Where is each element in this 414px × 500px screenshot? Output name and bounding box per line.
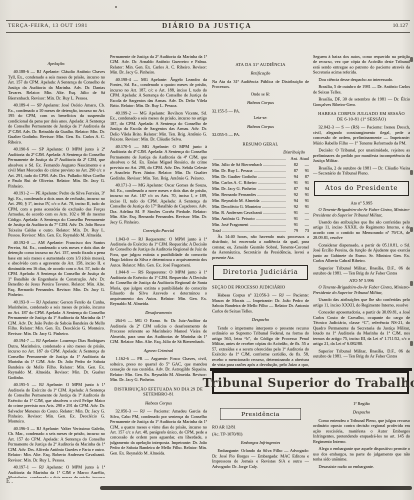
text-line: 1ª Região — [313, 401, 410, 406]
tst-left-content: PresidênciaRO AR 12/81(Ac. TP-1070/81)Em… — [212, 408, 309, 469]
paragraph: 40.192-0 — AM Apelante: Francisco dos Sa… — [8, 240, 105, 298]
scan-smudge-line — [100, 486, 412, 490]
paragraph: 1.043-0 — RJ Requerente: O MPM junto à 1… — [110, 236, 207, 267]
table-row: Total7973 — [212, 228, 309, 233]
section-heading: Agravo Criminal — [110, 348, 207, 353]
paragraph: O Tenente-Brigadeiro-do-Ar Faber Cintra,… — [313, 207, 410, 217]
paragraph: 32.042-3 — S — (RS) — Paciente: Ireneu D… — [313, 125, 410, 146]
scan-artifact — [410, 57, 413, 62]
paragraph: Usando das atribuições que lhe são confe… — [313, 220, 410, 241]
paragraph: 40.194-7 — RJ Apelante: Lourenço Dias Ro… — [8, 338, 105, 380]
tst-right-content: 1ª RegiãoDespachoComo entendeu o Tribuna… — [313, 401, 410, 469]
column-4-content: Seguem à baixa dos autos, como requerido… — [313, 54, 410, 359]
text-line: Onde se lê: — [212, 91, 309, 96]
header-rule-bottom — [6, 32, 410, 33]
paragraph: 1.162-6 — PR — Arguente: Fosco Chaves, c… — [110, 356, 207, 382]
table-row: Min. Antônio G. Peixoto91— — [212, 216, 309, 221]
paragraph: 40.189-4 — SP Apelante: José Osório Amar… — [8, 103, 105, 145]
paragraph: Tendo o impetrante interposto o presente… — [212, 325, 309, 368]
paragraph: O Tenente-Brigadeiro-do-Ar Faber Cintra,… — [313, 285, 410, 295]
section-heading: Correição Parcial — [110, 228, 207, 233]
section-heading: RESUMO GERAL — [214, 141, 307, 146]
paragraph: 1.044-8 — RS Requerente: O MPM junto à 1… — [110, 270, 207, 307]
column-2-content: Permanente de Justiça da 2ª Auditoria da… — [110, 54, 207, 456]
gazette-page: TERÇA-FEIRA, 13 OUT 1981 DIÁRIO DA JUSTI… — [0, 0, 414, 500]
tst-masthead-title: Tribunal Superior do Trabalho — [203, 376, 414, 390]
table-row: Ant.Atual — [212, 156, 309, 161]
table-row: Min. Dr. Gualter Godinho9487 — [212, 174, 309, 179]
table-row: Min. Bernardo Fernandes9291 — [212, 192, 309, 197]
paragraph: Brasília, 5 de outubro de 1981 — Dr. Ant… — [313, 84, 410, 94]
scan-artifact — [115, 6, 117, 8]
column-2: Permanente de Justiça da 2ª Auditoria da… — [110, 54, 207, 478]
paragraph: 40.170-5 — MG Apelante: O MPM junto à Au… — [110, 144, 207, 181]
paragraph: 32.056-3 — RJ — Paciente: Amadeu Garcia … — [110, 409, 207, 456]
header-rule-top — [6, 20, 410, 21]
paragraph: Conceder aposentadoria, a partir de 30.0… — [313, 310, 410, 347]
table-row: Min. Dr. Jacy G. Pinheiro8794 — [212, 186, 309, 191]
section-heading: Retificação — [212, 71, 309, 76]
paragraph: Como entendeu o Tribunal Pleno, que julg… — [313, 418, 410, 444]
text-line: 32.155-5 — PA. — [212, 108, 309, 113]
section-heading: Desaforamento — [110, 310, 207, 315]
section-heading: DISTRIBUIÇÃO EFETUADA NO DIA 29 DE SETEM… — [112, 386, 205, 396]
column-3-content: ATA DA 31ª AUDIÊNCIARetificaçãoNa Ata da… — [212, 62, 309, 368]
section-heading: Habeas Corpus — [212, 100, 309, 105]
paragraph: 40.190-6 — SP Apelante: O MPM junto à 2ª… — [8, 147, 105, 189]
column-1-content: Apelação:40.188-6 — RJ Apelante: Cláudio… — [8, 61, 105, 478]
text-line: (Ac. TP-1070/81) — [212, 431, 309, 436]
paragraph: Dou ciência desse despacho ao interessad… — [313, 77, 410, 82]
table-header: Distribuição — [216, 150, 305, 155]
section-title-box: Atos do Presidente — [314, 181, 409, 196]
column-3: ATA DA 31ª AUDIÊNCIARetificaçãoNa Ata da… — [212, 54, 309, 368]
paragraph: 40.193-9 — RJ Apelante: Gerson Ferrão da… — [8, 299, 105, 336]
table-row: Min. José Fragomeni91— — [212, 222, 309, 227]
paragraph: Considerar dispensado, a partir de 05.10… — [313, 242, 410, 263]
section-heading: Despacho — [212, 317, 309, 322]
table-row: Min. Carlos A. C. Ribeiro9191 — [212, 180, 309, 185]
paragraph: 40.198-4 — MG Apelante: Ângelo Leandro d… — [110, 77, 207, 108]
paragraph: 40.197-1 — RJ Apelante: O MPM junto à 1ª… — [8, 465, 105, 478]
paragraph: 40.191-2 — PE Apelante: Pedro da Silva F… — [8, 191, 105, 238]
paragraph: 40.188-6 — RJ Apelante: Cláudio Antônio … — [8, 69, 105, 100]
paragraph: Seguem à baixa dos autos, como requerido… — [313, 54, 410, 75]
paragraph: Brasília, DF, 30 de setembro de 1981 — D… — [313, 97, 410, 107]
paragraph: Embargante: Orlando da Silva Filho — Adv… — [212, 448, 309, 469]
scan-artifact — [410, 281, 413, 286]
section-heading: Embargos Infringentes — [212, 440, 309, 445]
table-row: Min. Dr. Ruy L. Pessoa8791 — [212, 168, 309, 173]
paragraph: Desassiste razão ao embargante. — [313, 464, 410, 469]
scan-artifact — [410, 170, 413, 175]
paragraph: Às 14:40 horas, não havendo mais process… — [212, 234, 309, 260]
section-heading: HABEAS CORPUS JULGADO EM SESSÃO DE 6-10-… — [315, 111, 408, 121]
paragraph: 40.199-2 — MG Apelante: Revilson Vicente… — [110, 110, 207, 141]
column-4: Seguem à baixa dos autos, como requerido… — [313, 54, 410, 368]
section-title-box: Diretoria Judiciária — [213, 265, 308, 280]
header-page-number: 10.127 — [393, 23, 408, 29]
text-line: Ato nº 5.995 — [313, 200, 410, 205]
section-heading: SEÇÃO DE PROCESSO JUDICIÁRIO — [212, 284, 309, 289]
paragraph: 264-6 — MG O Exmo. Sr. Dr. Juiz-Auditor … — [110, 318, 207, 344]
table-row: Min. Deoclécio G. Monteiro9291 — [212, 204, 309, 209]
text-line: 32.055-5 — PA. — [212, 132, 309, 137]
text-line: ATO Nº 5.996 — [313, 278, 410, 283]
paragraph: Alega o embargante que aquele dispositiv… — [313, 446, 410, 462]
table-row: Min. Reynaldo M. Almeida9491 — [212, 198, 309, 203]
table-row: Min. Júlio de Sá Bierrenbach82— — [212, 162, 309, 167]
text-line: RO AR 12/81 — [212, 425, 309, 430]
section-heading: Habeas Corpus — [212, 124, 309, 129]
section-heading: ATA DA 31ª AUDIÊNCIA — [214, 62, 307, 67]
tst-masthead-box: Tribunal Superior do Trabalho — [212, 371, 409, 394]
paragraph: Superior Tribunal Militar, Brasília, D.F… — [313, 348, 410, 358]
section-heading: Despacho — [313, 410, 410, 415]
tst-right-column: 1ª RegiãoDespachoComo entendeu o Tribuna… — [313, 398, 410, 498]
section-title-box: Presidência — [220, 408, 301, 420]
paragraph: Habeas Corpus nº 32.056-3 — RJ — Pacient… — [212, 293, 309, 314]
scan-artifact — [410, 227, 413, 232]
paragraph: Na Ata da 31ª Audiência Pública de Distr… — [212, 79, 309, 89]
scan-artifact — [410, 341, 413, 346]
paragraph: 40.196-3 — RJ Apelante: Valter Verissimo… — [8, 426, 105, 463]
scan-mark-bottom-left: E. — [6, 477, 14, 485]
section-heading: Habeas Corpus — [110, 400, 207, 405]
tst-left-column: PresidênciaRO AR 12/81(Ac. TP-1070/81)Em… — [212, 398, 309, 498]
paragraph: Superior Tribunal Militar, Brasília, D.F… — [313, 265, 410, 275]
paragraph: Permanente de Justiça da 2ª Auditoria da… — [110, 54, 207, 75]
paragraph: Decisão: O Tribunal, por unanimidade, re… — [313, 148, 410, 164]
column-1: Apelação:40.188-6 — RJ Apelante: Cláudio… — [8, 54, 105, 478]
paragraph: 40.195-5 — RJ Apelante: O MPM junto à 1ª… — [8, 382, 105, 424]
paragraph: Usando das atribuições que lhe são confe… — [313, 297, 410, 307]
table-row: Min. R. Andersen Cavalcanti91— — [212, 210, 309, 215]
header-title: DIÁRIO DA JUSTIÇA — [0, 22, 414, 30]
section-heading: Apelação: — [8, 61, 105, 66]
paragraph: 40.171-3 — MG Apelante: Oscar Gomes de S… — [110, 183, 207, 225]
paragraph: Brasília, 2 de outubro de 1981 — Dr. Clá… — [313, 165, 410, 175]
text-line: Leia-se: — [212, 115, 309, 120]
